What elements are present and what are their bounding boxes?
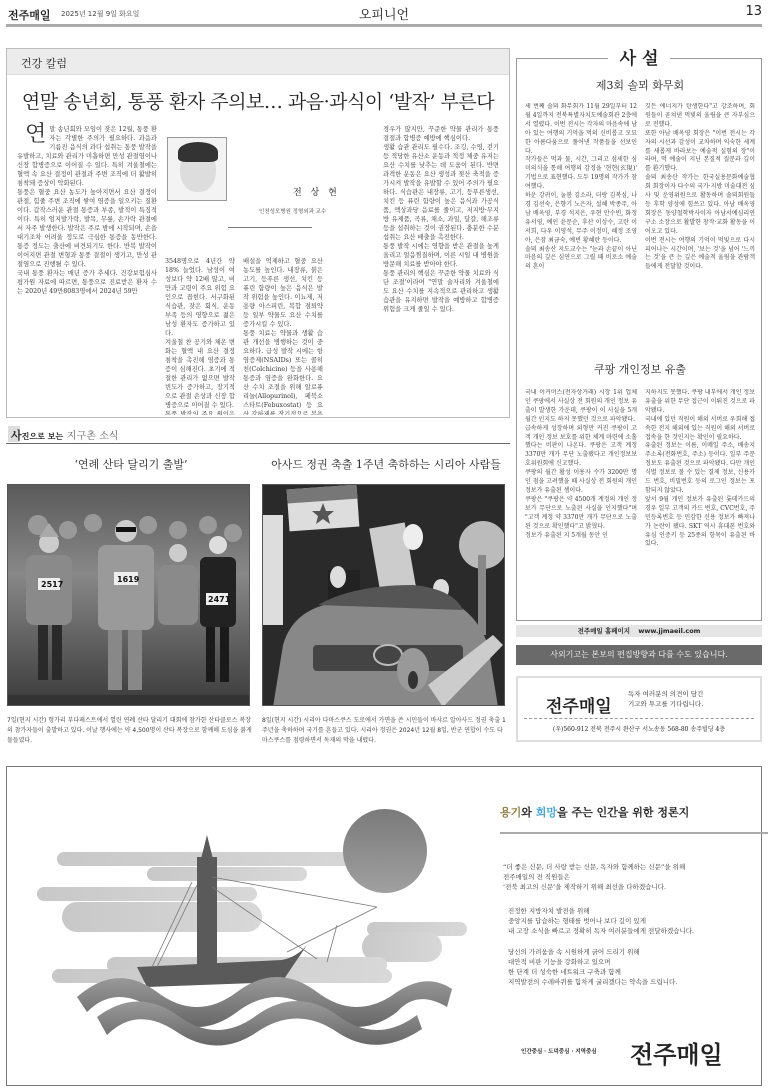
byline-rule: [228, 227, 312, 228]
slogan-hope: 희망: [536, 806, 557, 819]
svg-text:1619: 1619: [117, 575, 140, 584]
santa-run-photo: 2517 1619 2471: [7, 484, 250, 706]
slogan-courage: 용기: [500, 806, 521, 819]
slogan-rest: 을 주는 인간을 위한 정론지: [557, 806, 689, 819]
health-col-1-text: 말 송년회와 모임이 잦은 12월, 통풍 환자는 각별한 주의가 필요하다. …: [17, 126, 157, 295]
editorial-2-col-2-text: 지하지도 못했다. 쿠팡 내부에서 개인 정보 유출을 위한 무단 접근이 이뤄…: [645, 389, 755, 547]
photo-section-header: 사진으로 보는 지구촌 소식: [6, 424, 510, 444]
svg-text:2517: 2517: [41, 580, 63, 589]
health-col-4-text: 경우가 많지만, 꾸준한 약물 관리가 통풍 결절과 합병증 예방에 핵심이다.…: [383, 126, 499, 313]
photo-1-caption: 7일(현지 시간) 헝가리 부다페스트에서 열린 연례 산타 달리기 대회에 참…: [7, 716, 255, 746]
photo-2-title: 아사드 정권 축출 1주년 축하하는 시리아 사람들: [260, 456, 512, 472]
editorial-1-col-1: 세 번째 솔뫼 화무회가 11월 29일부터 12월 4일까지 전북특별자치도예…: [525, 103, 637, 353]
author-photo: [167, 137, 227, 201]
editorial-2-title: 쿠팡 개인정보 유출: [517, 361, 763, 377]
page-number: 13: [745, 4, 762, 19]
masthead-rule: [6, 24, 762, 27]
ad-p2-line: 진정한 지방자치 발전을 위해: [508, 906, 694, 916]
author-role: 인천성모병원 정형외과 교수: [259, 207, 326, 215]
editorial-header-text: 사 설: [608, 49, 671, 69]
editorial-2-col-1-text: 국내 이커머스(전자상거래) 시장 1위 업체인 쿠팡에서 사실상 전 회원의 …: [525, 389, 637, 539]
health-col-4: 경우가 많지만, 꾸준한 약물 관리가 통풍 결절과 합병증 예방에 핵심이다.…: [383, 125, 499, 415]
health-col-2: 3548명으로 4년간 약 18% 늘었다. 남성이 여성보다 약 12배 많고…: [165, 257, 235, 415]
health-headline: 연말 송년회, 통풍 환자 주의보… 과음·과식이 ‘발작’ 부른다: [7, 87, 509, 114]
editorial-1-col-2: 깃든 에너지가 탄생한다"고 강조하며, 회원들이 곧쳐낸 먹빛의 울림을 큰 …: [645, 103, 755, 353]
photo-section-label: 사진으로 보는 지구촌 소식: [11, 427, 118, 443]
editorial-header: 사 설: [516, 44, 762, 69]
ship-illustration: [7, 767, 477, 1085]
ad-p1-line: ‘전북 최고의 신문’을 제작하기 위해 최선을 다하겠습니다.: [503, 882, 685, 892]
ad-paragraph-3: 당신의 가려움을 속 시원하게 긁어 드리기 위해 대안적 비판 기능을 강화하…: [508, 947, 677, 987]
health-col-3: 배설을 억제하고 혈중 요산 농도를 높인다. 내장류, 붉은 고기, 등푸른 …: [243, 257, 323, 415]
photo-2-caption: 8일(현지 시간) 시리아 다마스쿠스 도로에서 가면을 쓴 시민들이 바샤르 …: [262, 716, 508, 746]
editorial-1-title: 제3회 솔뫼 화무회: [517, 77, 763, 93]
editorial-1-col-1-text: 세 번째 솔뫼 화무회가 11월 29일부터 12월 4일까지 전북특별자치도예…: [525, 103, 637, 270]
section-title: 오피니언: [6, 4, 762, 23]
santa-run-illustration: 2517 1619 2471: [8, 485, 250, 706]
ad-p3-line: 한 단계 더 성숙한 네트워크 구축과 함께: [508, 967, 677, 977]
health-category: 건강 칼럼: [7, 49, 509, 75]
syria-celebration-photo: [262, 484, 505, 706]
svg-text:2471: 2471: [208, 595, 231, 604]
editorial-1-col-2-text: 깃든 에너지가 탄생한다"고 강조하며, 회원들이 곧쳐낸 먹빛의 울림을 큰 …: [645, 103, 755, 270]
contribution-logo: 전주매일: [546, 692, 612, 717]
syria-celebration-illustration: [263, 485, 505, 706]
health-col-2-text: 3548명으로 4년간 약 18% 늘었다. 남성이 여성보다 약 12배 많고…: [165, 258, 235, 415]
health-column: 건강 칼럼 연말 송년회, 통풍 환자 주의보… 과음·과식이 ‘발작’ 부른다…: [6, 48, 510, 418]
editorial-2-col-1: 국내 이커머스(전자상거래) 시장 1위 업체인 쿠팡에서 사실상 전 회원의 …: [525, 389, 637, 614]
contribution-divider: [524, 718, 754, 719]
homepage-label: 전주매일 홈페이지: [578, 627, 631, 635]
health-col-1: 연 말 송년회와 모임이 잦은 12월, 통풍 환자는 각별한 주의가 필요하다…: [17, 125, 157, 415]
contribution-message-1: 독자 여러분의 의견이 담긴: [628, 689, 703, 699]
contribution-message-2: 기고와 투고를 기다립니다.: [628, 699, 703, 709]
ad-p3-line: 대안적 비판 기능을 강화하고 있으며: [508, 957, 677, 967]
author-hair: [178, 142, 218, 162]
slogan-and: 와: [521, 806, 535, 819]
header-rest: 지구촌 소식: [67, 431, 118, 442]
homepage-link[interactable]: www.jjmaeil.com: [638, 627, 700, 635]
contribution-message: 독자 여러분의 의견이 담긴 기고와 투고를 기다립니다.: [628, 689, 703, 709]
homepage-bar: 전주매일 홈페이지 www.jjmaeil.com: [516, 625, 762, 637]
ad-paragraph-1: “더 좋은 신문, 더 사랑 받는 신문, 독자와 함께하는 신문”을 위해 전…: [503, 862, 685, 892]
ad-p2-line: 중앙지를 답습하는 형태를 벗어나 보다 깊이 있게: [508, 916, 694, 926]
ad-paragraph-2: 진정한 지방자치 발전을 위해 중앙지를 답습하는 형태를 벗어나 보다 깊이 …: [508, 906, 694, 936]
ad-p1-line: 전주매일의 전 직원들은: [503, 872, 685, 882]
header-big-char: 사: [11, 429, 22, 442]
header-small: 진으로 보는: [22, 432, 63, 441]
sun: [343, 809, 427, 893]
ad-p1-line: “더 좋은 신문, 더 사랑 받는 신문, 독자와 함께하는 신문”을 위해: [503, 862, 685, 872]
ad-p2-line: 내 고장 소식을 빠르고 정확히 독자 여러분들에게 전달하겠습니다.: [508, 926, 694, 936]
editorial-2-col-2: 지하지도 못했다. 쿠팡 내부에서 개인 정보 유출을 위한 무단 접근이 이뤄…: [645, 389, 755, 614]
photo-1-title: ‘연례 산타 달리기 출발’: [6, 456, 256, 472]
ad-logo: 전주매일: [630, 1035, 723, 1070]
dropcap: 연: [25, 125, 46, 145]
ad-motto: 인간중심 · 도덕중심 · 지역중심: [521, 1047, 597, 1055]
disclaimer-banner: 사외기고는 본보의 편집방향과 다를 수도 있습니다.: [516, 645, 762, 665]
ad-p3-line: 지역발전의 수레바퀴를 힘차게 굴리겠다는 약속을 드립니다.: [508, 977, 677, 987]
contribution-address: (우)560-912 전북 전주시 완산구 서노송동 568-80 송주빌딩 4…: [518, 724, 760, 733]
health-col-3-text: 배설을 억제하고 혈중 요산 농도를 높인다. 내장류, 붉은 고기, 등푸른 …: [243, 258, 323, 415]
editorial-box: 제3회 솔뫼 화무회 세 번째 솔뫼 화무회가 11월 29일부터 12월 4일…: [516, 58, 762, 621]
ad-slogan-rule: [500, 832, 768, 834]
author-name: 전 상 현: [293, 185, 340, 198]
ad-slogan: 용기와 희망을 주는 인간을 위한 정론지: [500, 804, 689, 820]
contribution-box: 전주매일 독자 여러분의 의견이 담긴 기고와 투고를 기다립니다. (우)56…: [516, 676, 762, 742]
masthead: 전주매일 2025년 12월 9일 화요일 오피니언 13: [6, 4, 762, 32]
ad-p3-line: 당신의 가려움을 속 시원하게 긁어 드리기 위해: [508, 947, 677, 957]
